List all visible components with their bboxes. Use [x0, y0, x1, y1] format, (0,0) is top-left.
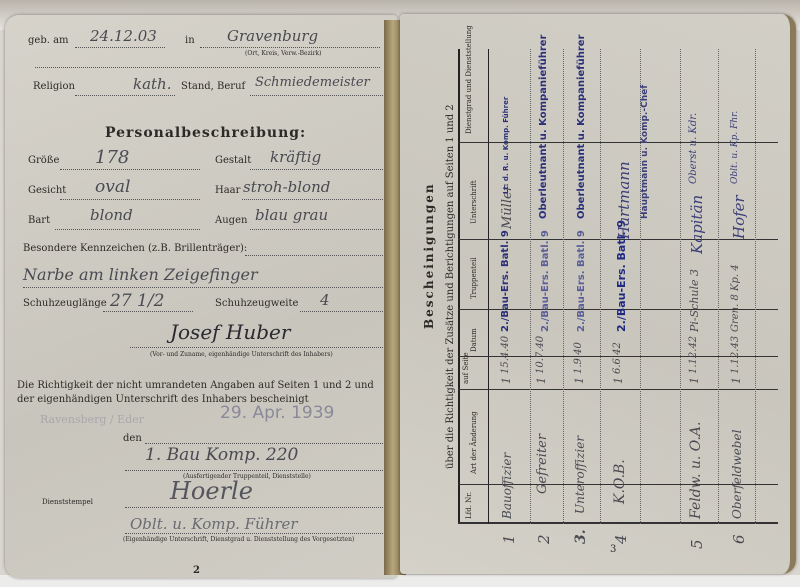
seal-label: Dienststempel — [42, 498, 93, 506]
row-2-seite: 1 — [535, 377, 548, 384]
dotted-line — [125, 533, 385, 534]
religion-label: Religion — [33, 81, 75, 92]
row-3-truppenteil: 2./Bau-Ers. Batl. 9 — [576, 230, 587, 332]
row-5-dienstgrad: Oberst u. Kdr. — [688, 113, 699, 184]
row-3-seite: 1 — [573, 377, 586, 384]
row-3-nr: 3. — [573, 529, 589, 544]
unit-value: 1. Bau Komp. 220 — [145, 445, 298, 465]
birth-place-label: in — [185, 35, 195, 46]
dotted-line — [103, 311, 193, 312]
dotted-line — [242, 199, 385, 200]
birth-value: 24.12.03 — [90, 27, 157, 45]
officer-rank: Oblt. u. Komp. Führer — [130, 515, 298, 533]
den-label: den — [123, 433, 142, 444]
row-5-truppenteil: Pi-Schule 3 — [688, 269, 701, 332]
holder-signature-hint: (Vor- und Zuname, eigenhändige Unterschr… — [150, 351, 333, 358]
row-5-art: Feldw. u. O.A. — [688, 422, 704, 519]
header-divider — [488, 49, 489, 524]
row-1-seite: 1 — [500, 377, 513, 384]
dotted-line — [300, 311, 385, 312]
row-1-dienstgrad: Lt. d. R. u. Komp. Führer — [502, 97, 510, 194]
shoe-length-label: Schuhzeuglänge — [23, 298, 107, 309]
row-3-dienstgrad: Oberleutnant u. Kompanieführer — [576, 35, 587, 219]
column-header-unterschrift: Unterschrift — [470, 180, 478, 224]
row-divider — [530, 49, 531, 524]
column-header-art: Art der Änderung — [470, 411, 478, 474]
holder-signature: Josef Huber — [170, 320, 290, 344]
row-4-unterschrift: Hartmann — [615, 161, 633, 239]
build-value: kräftig — [270, 148, 321, 166]
row-6-nr: 6 — [730, 534, 748, 544]
row-6-dienstgrad: Oblt. u. Kp. Fhr. — [730, 111, 740, 184]
row-1-art: Bauoffizier — [500, 453, 514, 519]
officer-signature: Hoerle — [170, 477, 253, 505]
page-subtitle: über die Richtigkeit der Zusätze und Ber… — [445, 104, 456, 469]
section-title: Personalbeschreibung: — [105, 125, 306, 141]
row-5-seite: 1 — [688, 377, 701, 384]
row-4-art: K.O.B. — [612, 459, 628, 504]
hair-value: stroh-blond — [243, 178, 330, 196]
row-6-art: Oberfeldwebel — [730, 430, 744, 519]
row-divider — [563, 49, 564, 524]
left-page: geb. am 24.12.03 in Gravenburg (Ort, Kre… — [5, 15, 397, 578]
dotted-line — [35, 67, 380, 68]
dotted-line — [250, 169, 385, 170]
occupation-label: Stand, Beruf — [181, 81, 245, 92]
beard-value: blond — [90, 206, 133, 224]
dotted-line — [75, 47, 165, 48]
height-value: 178 — [95, 147, 129, 168]
page-number: 3 — [610, 544, 616, 555]
officer-hint: (Eigenhändige Unterschrift, Dienstgrad u… — [123, 536, 354, 543]
page-title: Bescheinigungen — [422, 182, 436, 329]
dotted-line — [55, 229, 200, 230]
column-divider — [458, 389, 778, 390]
row-1-datum: 15.4.40 — [500, 336, 511, 374]
row-2-truppenteil: 2./Bau-Ers. Batl. 9 — [540, 230, 551, 332]
row-1-truppenteil: 2./Bau-Ers. Batl. 9 — [500, 230, 511, 332]
row-4-nr: 4 — [612, 534, 630, 544]
page-number: 2 — [193, 565, 200, 576]
row-divider — [600, 49, 601, 524]
marks-value: Narbe am linken Zeigefinger — [23, 265, 258, 284]
column-header-nr: Lfd. Nr. — [465, 492, 473, 519]
dotted-line — [75, 95, 175, 96]
religion-value: kath. — [133, 75, 172, 93]
birth-place-hint: (Ort, Kreis, Verw.-Bezirk) — [245, 50, 322, 57]
row-3-datum: 1.9.40 — [573, 342, 584, 374]
certification-text-1: Die Richtigkeit der nicht umrandeten Ang… — [17, 380, 374, 391]
row-6-datum: 1.12.43 — [730, 336, 741, 374]
face-label: Gesicht — [28, 185, 66, 196]
row-4-datum: 6.6.42 — [612, 342, 623, 374]
dotted-line — [250, 229, 385, 230]
dotted-line — [200, 47, 380, 48]
hair-label: Haar — [215, 185, 240, 196]
row-6-seite: 1 — [730, 377, 743, 384]
row-3-art: Unteroffizier — [573, 436, 587, 514]
row-6-truppenteil: Gren. 8 Kp. 4 — [730, 264, 741, 332]
shoe-width-value: 4 — [320, 291, 330, 309]
dotted-line — [125, 470, 385, 471]
row-2-dienstgrad: Oberleutnant u. Kompanieführer — [538, 35, 549, 219]
column-header-truppenteil: Truppenteil — [470, 257, 478, 299]
row-4-dienstgrad: Hauptmann u. Komp.-Chef — [640, 85, 650, 219]
row-divider — [755, 49, 756, 524]
dotted-line — [145, 443, 385, 444]
dotted-line — [60, 199, 200, 200]
row-5-nr: 5 — [688, 539, 706, 549]
column-header-datum: Datum — [470, 328, 478, 352]
row-4-seite: 1 — [612, 377, 625, 384]
eyes-label: Augen — [215, 215, 247, 226]
shoe-width-label: Schuhzeugweite — [215, 298, 298, 309]
table-left-border — [458, 49, 460, 524]
row-6-unterschrift: Hofer — [730, 195, 748, 239]
row-divider — [680, 49, 681, 524]
date-stamp: 29. Apr. 1939 — [220, 403, 334, 423]
eyes-value: blau grau — [255, 206, 328, 224]
dotted-line — [125, 507, 385, 508]
dotted-line — [130, 347, 385, 348]
column-header-seite: auf Seite — [462, 352, 470, 384]
row-1-nr: 1 — [500, 534, 518, 544]
dotted-line — [250, 95, 385, 96]
row-2-art: Gefreiter — [535, 434, 550, 494]
table-bottom-border — [458, 522, 778, 524]
birth-place-value: Gravenburg — [227, 27, 318, 45]
right-page: Bescheinigungen über die Richtigkeit der… — [400, 14, 796, 574]
occupation-value: Schmiedemeister — [255, 75, 370, 90]
face-value: oval — [95, 177, 130, 197]
row-5-datum: 1.12.42 — [688, 336, 699, 374]
dotted-line — [60, 169, 200, 170]
birth-label: geb. am — [28, 35, 69, 46]
build-label: Gestalt — [215, 155, 251, 166]
marks-label: Besondere Kennzeichen (z.B. Brillenträge… — [23, 243, 247, 254]
row-2-nr: 2 — [535, 534, 553, 544]
shoe-length-value: 27 1/2 — [110, 291, 164, 311]
faded-stamp: Ravensberg / Eder — [40, 413, 144, 426]
column-header-dienstgrad: Dienstgrad und Dienststellung — [465, 25, 473, 134]
row-2-datum: 10.7.40 — [535, 336, 546, 374]
row-divider — [718, 49, 719, 524]
height-label: Größe — [28, 155, 59, 166]
dotted-line — [23, 287, 385, 288]
dotted-line — [245, 255, 385, 256]
row-5-unterschrift: Kapitän — [688, 195, 706, 254]
beard-label: Bart — [28, 215, 50, 226]
